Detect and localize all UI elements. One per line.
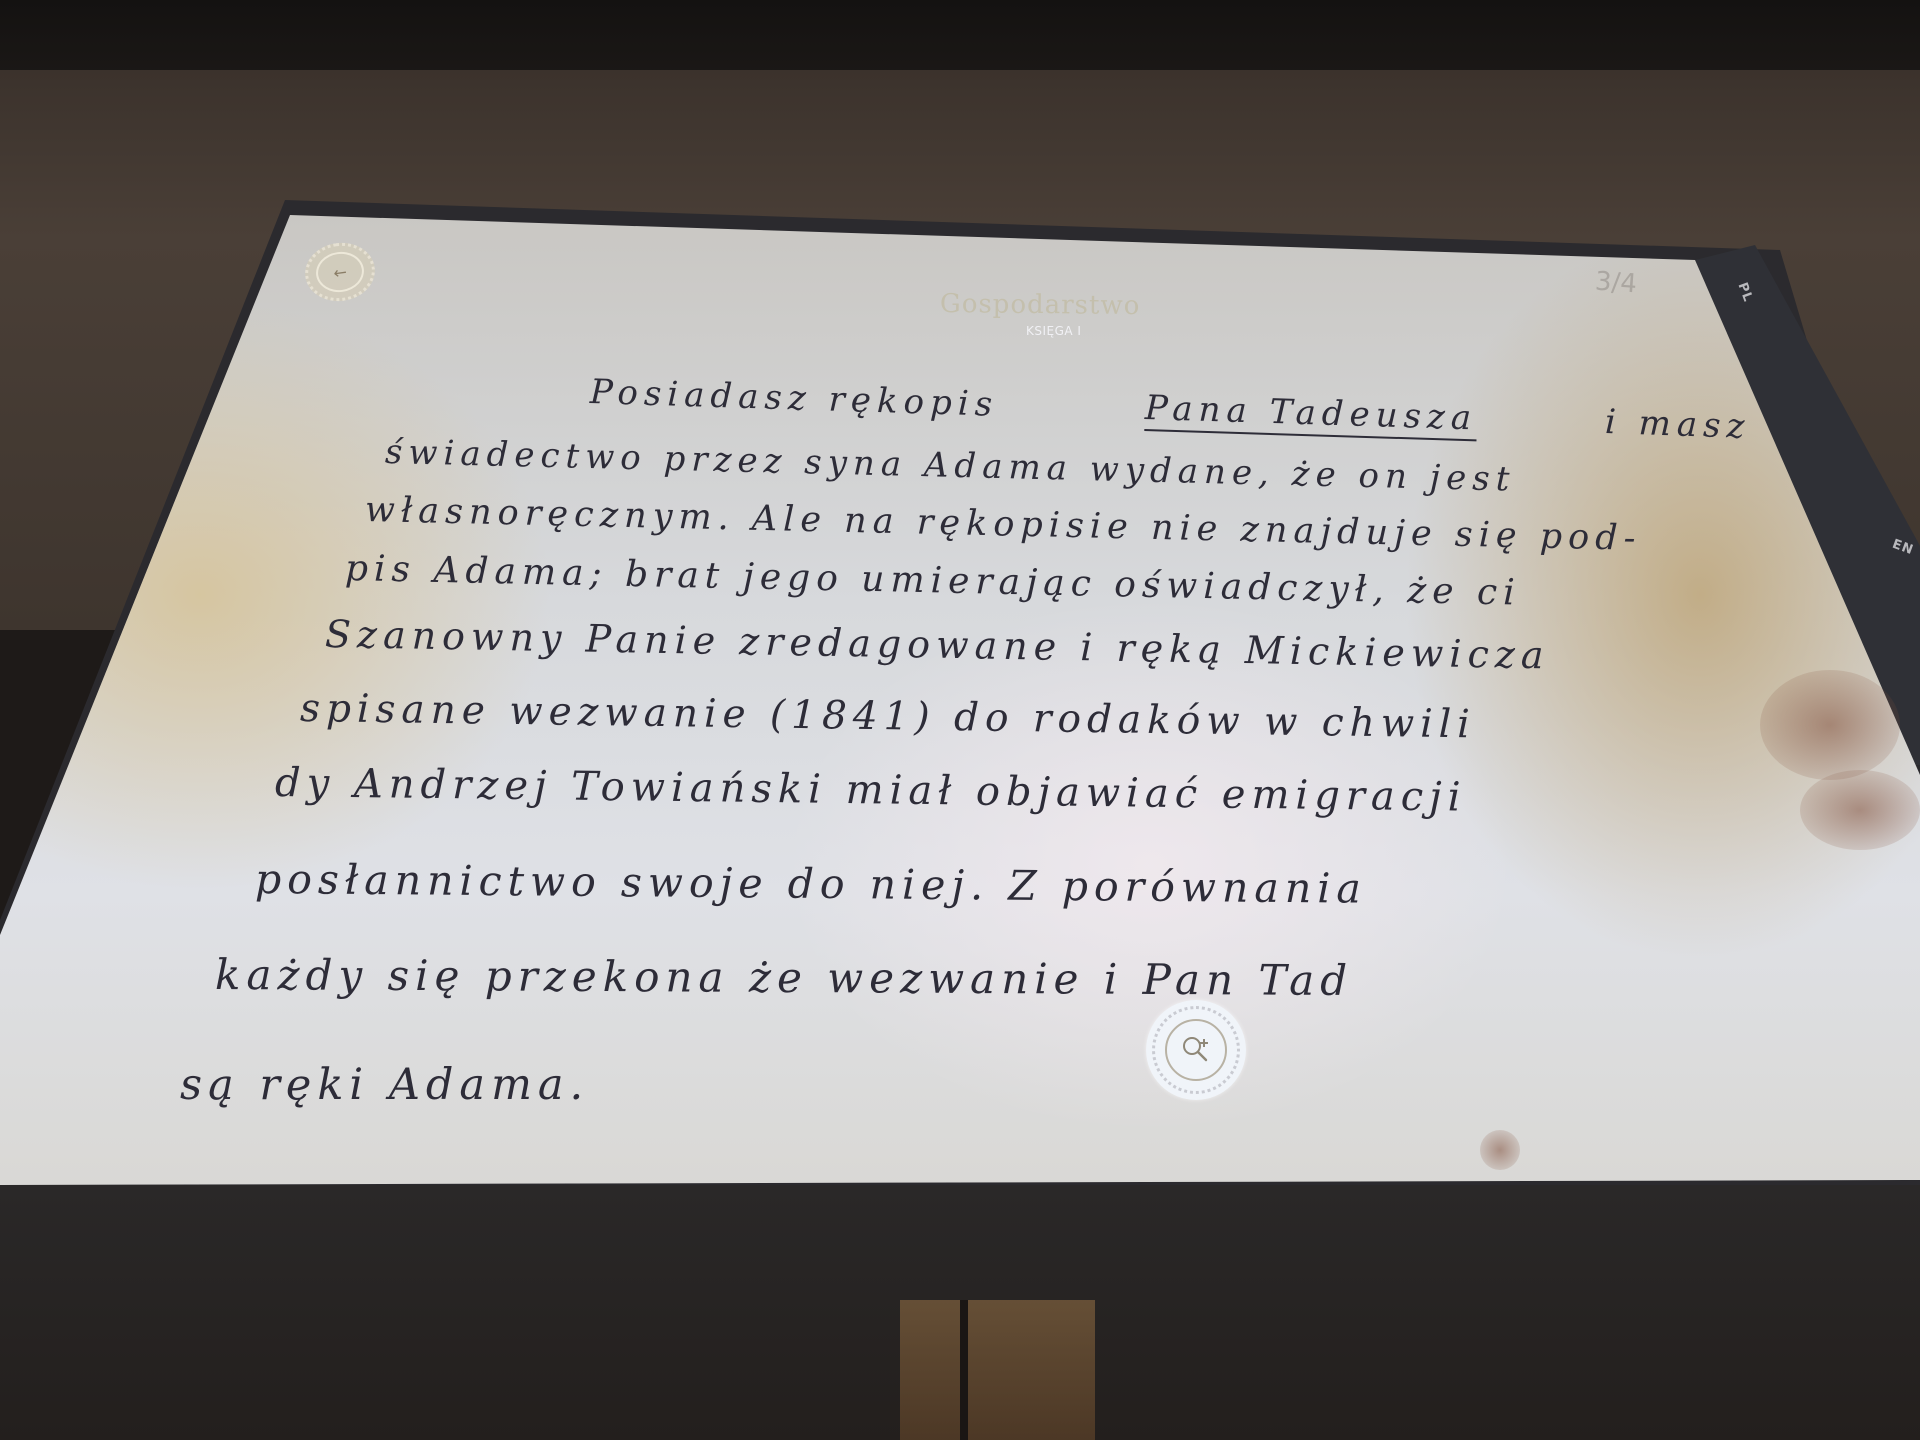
- manuscript-line: każdy się przekona że wezwanie i Pan Tad: [215, 950, 1353, 1005]
- paper-stain: [1480, 1130, 1520, 1170]
- paper-stain: [1760, 670, 1900, 780]
- book-subtitle: KSIĘGA I: [1026, 324, 1081, 338]
- page-title: Gospodarstwo: [940, 289, 1141, 321]
- zoom-button-dotted-ring: [1152, 1006, 1240, 1094]
- page-indicator: 3/4: [1594, 267, 1638, 300]
- floor-light-reflection: [900, 1300, 1095, 1440]
- manuscript-line: posłannictwo swoje do niej. Z porównania: [255, 855, 1367, 913]
- arrow-left-icon: ←: [313, 249, 366, 295]
- manuscript-line: i masz: [1604, 402, 1751, 447]
- paper-stain: [1800, 770, 1920, 850]
- zoom-in-button[interactable]: [1146, 1000, 1246, 1100]
- stand-leg: [960, 1300, 968, 1440]
- manuscript-line: są ręki Adama.: [180, 1060, 589, 1110]
